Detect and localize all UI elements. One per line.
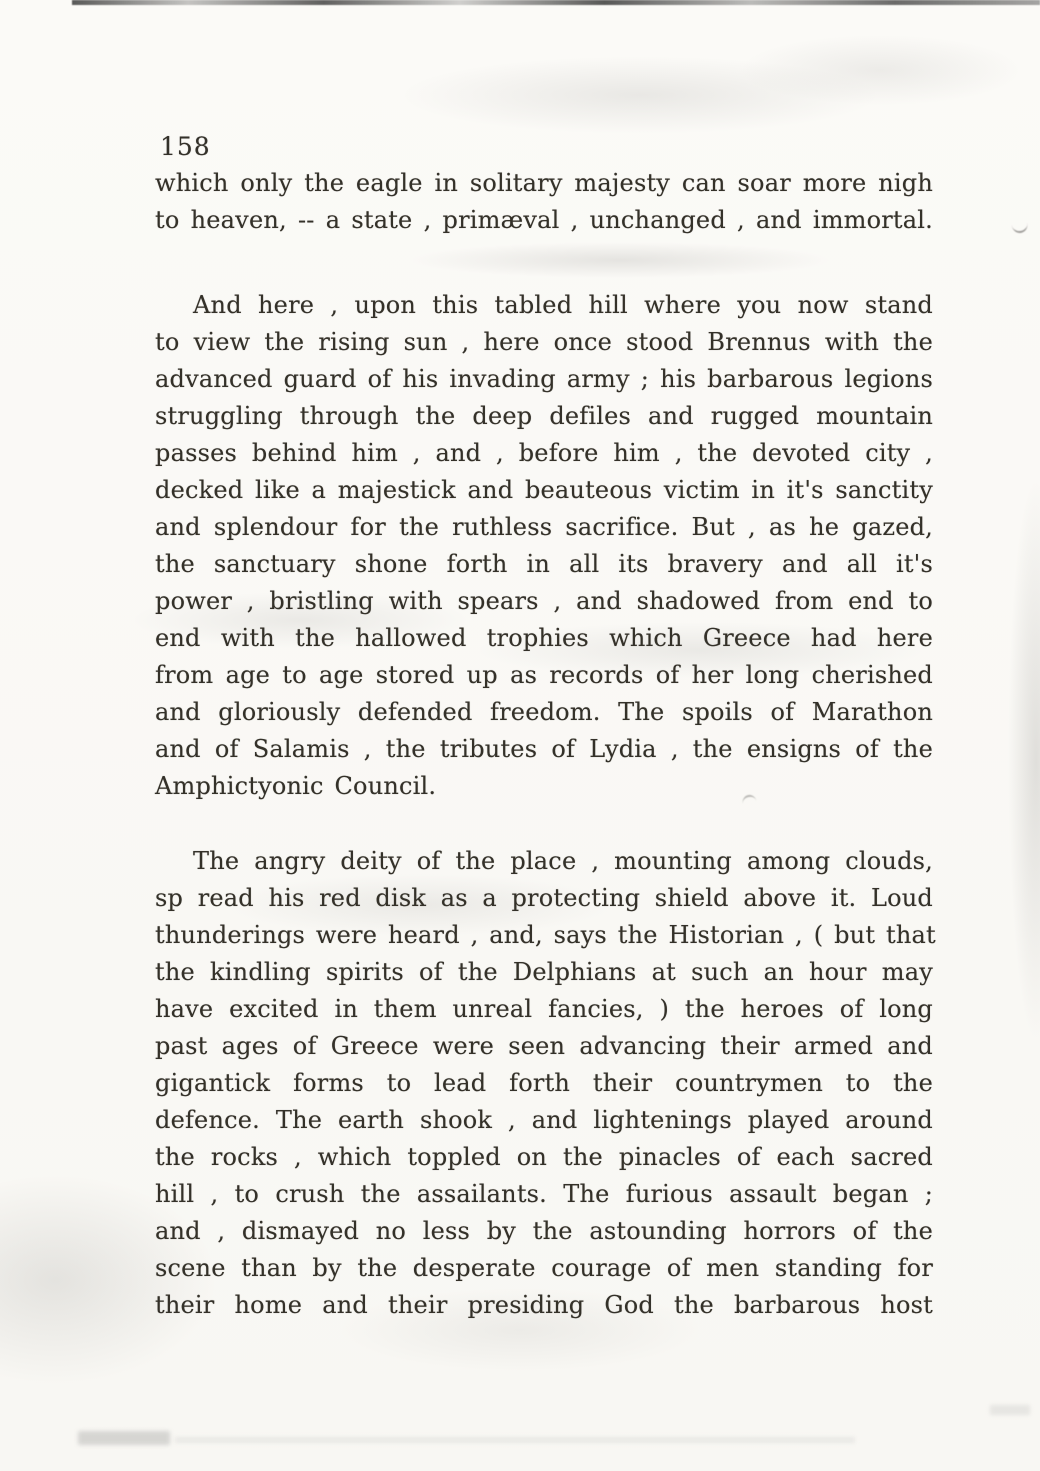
paragraph: And here , upon this tabled hill where y… — [155, 287, 933, 805]
paragraph: The angry deity of the place , mounting … — [155, 843, 933, 1324]
text-line: advanced guard of his invading army ; hi… — [155, 361, 933, 398]
text-line: gigantick forms to lead forth their coun… — [155, 1065, 933, 1102]
text-line: the sanctuary shone forth in all its bra… — [155, 546, 933, 583]
text-line: to heaven, -- a state , primæval , uncha… — [155, 202, 933, 239]
scan-edge-artifact-top — [72, 0, 1040, 5]
text-line: decked like a majestick and beauteous vi… — [155, 472, 933, 509]
text-line: passes behind him , and , before him , t… — [155, 435, 933, 472]
text-line: scene than by the desperate courage of m… — [155, 1250, 933, 1287]
text-line: and , dismayed no less by the astounding… — [155, 1213, 933, 1250]
page-number: 158 — [160, 132, 211, 161]
text-line: defence. The earth shook , and lightenin… — [155, 1102, 933, 1139]
text-line: their home and their presiding God the b… — [155, 1287, 933, 1324]
scan-smudge-artifact — [78, 1431, 170, 1445]
scan-smudge-artifact — [175, 1437, 855, 1443]
text-line: past ages of Greece were seen advancing … — [155, 1028, 933, 1065]
text-line: The angry deity of the place , mounting … — [155, 843, 933, 880]
text-line: and splendour for the ruthless sacrifice… — [155, 509, 933, 546]
text-line: have excited in them unreal fancies, ) t… — [155, 991, 933, 1028]
text-line: to view the rising sun , here once stood… — [155, 324, 933, 361]
text-line: the kindling spirits of the Delphians at… — [155, 954, 933, 991]
text-line: and of Salamis , the tributes of Lydia ,… — [155, 731, 933, 768]
scan-smudge-artifact — [990, 1405, 1030, 1415]
text-line: struggling through the deep defiles and … — [155, 398, 933, 435]
text-line: hill , to crush the assailants. The furi… — [155, 1176, 933, 1213]
text-line: and gloriously defended freedom. The spo… — [155, 694, 933, 731]
text-line: thunderings were heard , and, says the H… — [155, 917, 933, 954]
text-line: Amphictyonic Council. — [155, 768, 933, 805]
text-line: the rocks , which toppled on the pinacle… — [155, 1139, 933, 1176]
paragraph: which only the eagle in solitary majesty… — [155, 165, 933, 239]
text-line: power , bristling with spears , and shad… — [155, 583, 933, 620]
text-line: which only the eagle in solitary majesty… — [155, 165, 933, 202]
text-line: sp read his red disk as a protecting shi… — [155, 880, 933, 917]
text-line: And here , upon this tabled hill where y… — [155, 287, 933, 324]
text-line: from age to age stored up as records of … — [155, 657, 933, 694]
text-line: end with the hallowed trophies which Gre… — [155, 620, 933, 657]
